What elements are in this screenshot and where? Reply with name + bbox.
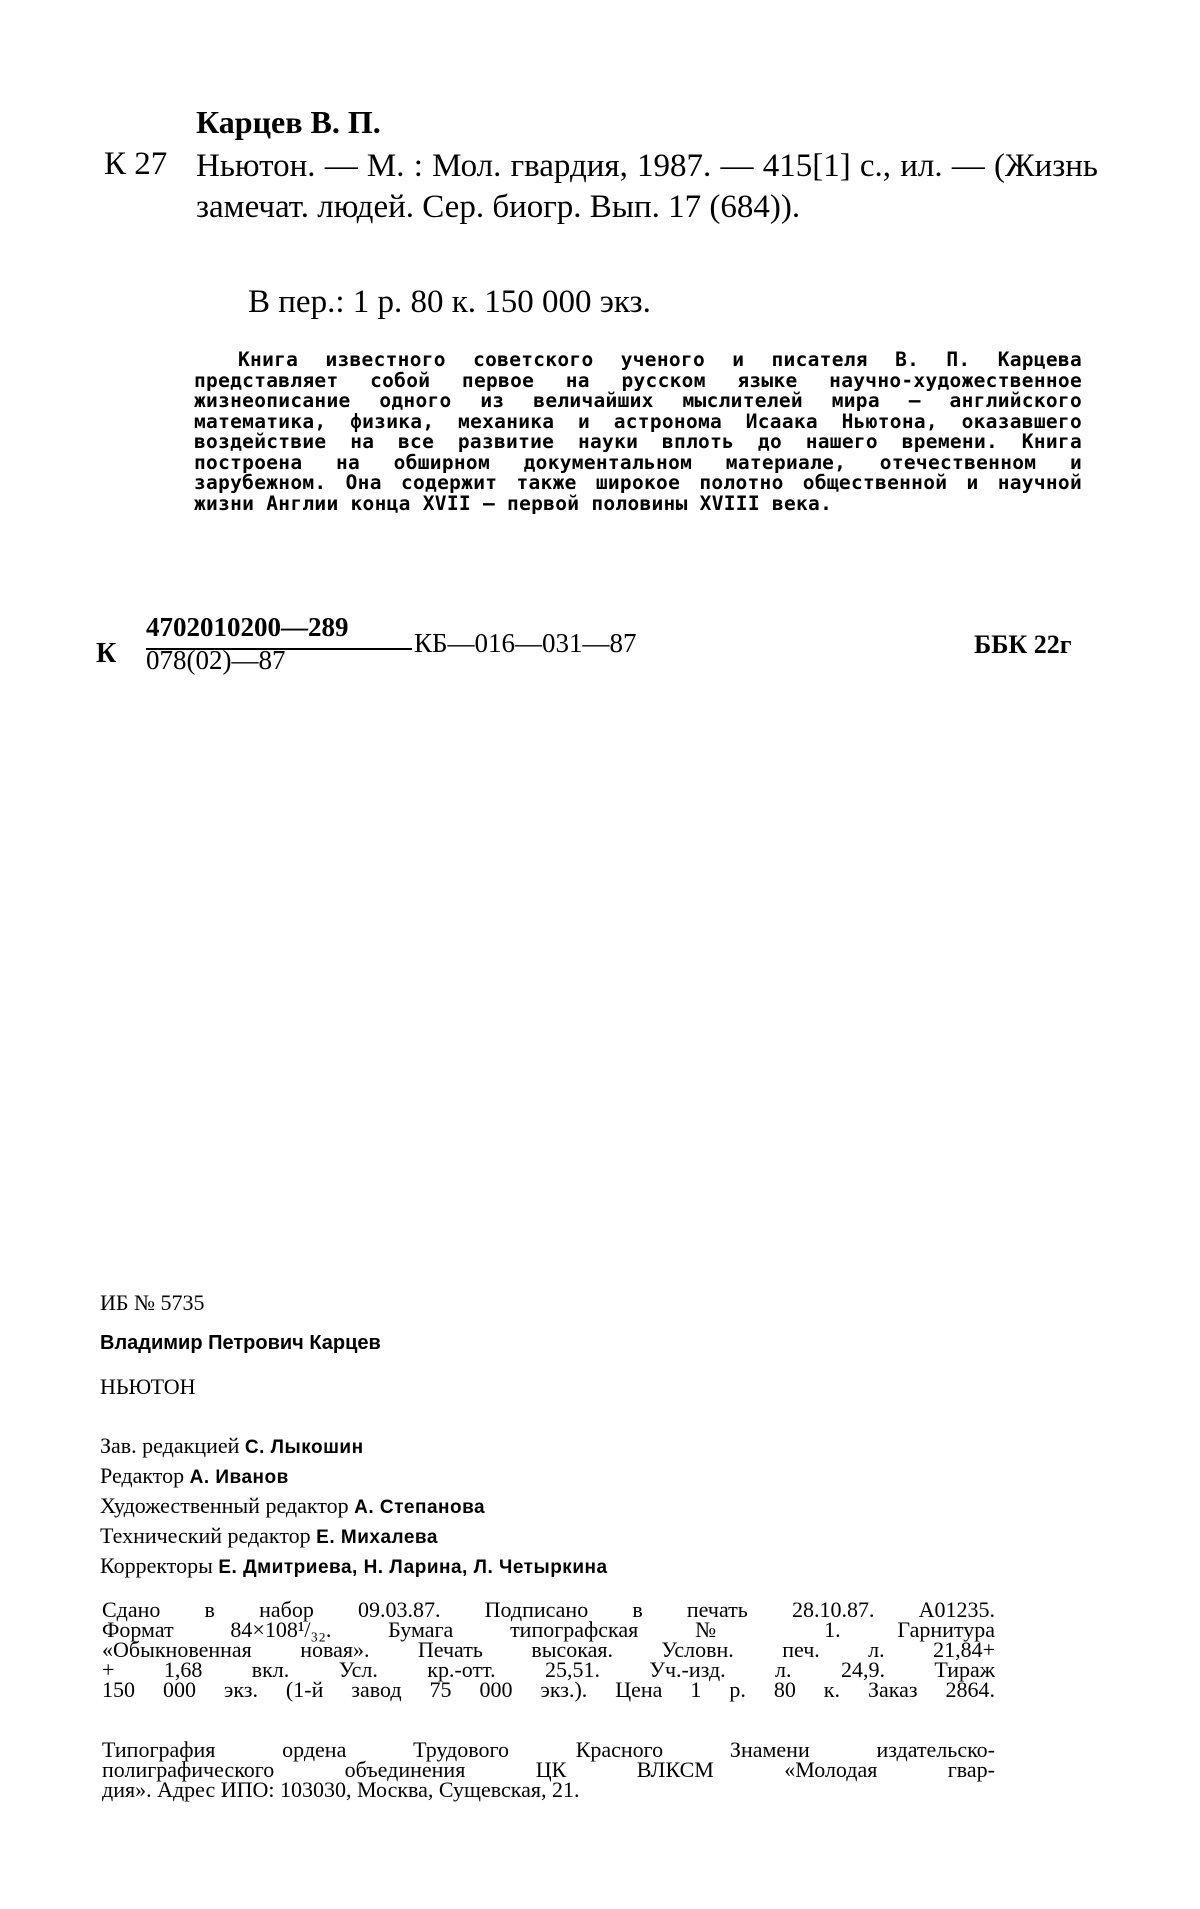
- ib-number: ИБ № 5735: [100, 1290, 205, 1316]
- credit-role: Зав. редакцией: [100, 1433, 239, 1458]
- bibliographic-entry: Ньютон. — М. : Мол. гвардия, 1987. — 415…: [196, 146, 1098, 228]
- credit-role: Технический редактор: [100, 1523, 311, 1548]
- annotation-paragraph: Книга известного советского ученого и пи…: [194, 350, 1082, 514]
- author-heading: Карцев В. П.: [196, 104, 381, 141]
- bbk-code: ББК 22г: [974, 630, 1072, 660]
- credit-row: Редактор А. Иванов: [100, 1462, 608, 1492]
- credit-name: А. Иванов: [190, 1467, 289, 1488]
- credit-name: А. Степанова: [354, 1497, 485, 1518]
- credit-name: Е. Дмитриева, Н. Ларина, Л. Четыркина: [218, 1557, 607, 1578]
- credit-row: Зав. редакцией С. Лыкошин: [100, 1432, 608, 1462]
- technical-details: Сдано в набор 09.03.87. Подписано в печа…: [102, 1600, 995, 1700]
- credit-role: Корректоры: [100, 1553, 213, 1578]
- credit-role: Редактор: [100, 1463, 184, 1488]
- price-line: В пер.: 1 р. 80 к. 150 000 экз.: [248, 284, 651, 321]
- kb-code: КБ—016—031—87: [414, 628, 637, 659]
- printer-line: дия». Адрес ИПО: 103030, Москва, Сущевск…: [102, 1780, 995, 1800]
- classification-fraction: 4702010200—289 078(02)—87: [146, 612, 349, 676]
- credit-name: С. Лыкошин: [245, 1437, 364, 1458]
- fraction-line: [146, 648, 412, 650]
- credit-role: Художественный редактор: [100, 1493, 349, 1518]
- author-full-name: Владимир Петрович Карцев: [100, 1332, 381, 1355]
- classification-numerator: 4702010200—289: [146, 612, 349, 645]
- technical-line: 150 000 экз. (1-й завод 75 000 экз.). Це…: [102, 1680, 995, 1700]
- bibliographic-entry-text: Ньютон. — М. : Мол. гвардия, 1987. — 415…: [196, 148, 1098, 225]
- credit-name: Е. Михалева: [316, 1527, 438, 1548]
- credit-row: Художественный редактор А. Степанова: [100, 1492, 608, 1522]
- book-title: НЬЮТОН: [100, 1374, 196, 1400]
- credit-row: Корректоры Е. Дмитриева, Н. Ларина, Л. Ч…: [100, 1552, 608, 1582]
- credits-list: Зав. редакцией С. Лыкошин Редактор А. Ив…: [100, 1432, 608, 1582]
- call-number: К 27: [104, 146, 167, 183]
- classification-letter: К: [96, 638, 116, 670]
- credit-row: Технический редактор Е. Михалева: [100, 1522, 608, 1552]
- printer-address: Типография ордена Трудового Красного Зна…: [102, 1740, 995, 1800]
